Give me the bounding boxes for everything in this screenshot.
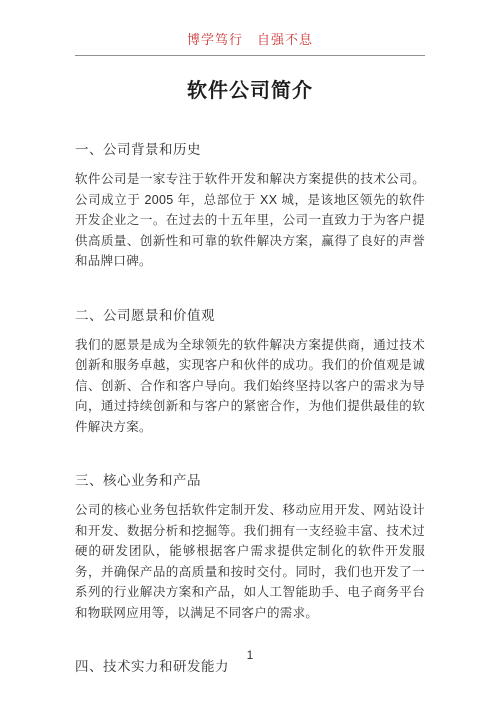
- header-motto: 博学笃行 自强不息: [75, 31, 425, 49]
- page-number: 1: [0, 648, 500, 662]
- section-company-background: 一、公司背景和历史 软件公司是一家专注于软件开发和解决方案提供的技术公司。公司成…: [75, 140, 425, 272]
- section-paragraph: 软件公司是一家专注于软件开发和解决方案提供的技术公司。公司成立于 2005 年，…: [75, 169, 425, 272]
- section-paragraph: 我们的愿景是成为全球领先的软件解决方案提供商，通过技术创新和服务卓越，实现客户和…: [75, 335, 425, 438]
- section-heading: 三、核心业务和产品: [75, 471, 425, 490]
- document-page: 博学笃行 自强不息 软件公司简介 一、公司背景和历史 软件公司是一家专注于软件开…: [0, 0, 500, 707]
- section-paragraph: 公司的核心业务包括软件定制开发、移动应用开发、网站设计和开发、数据分析和挖掘等。…: [75, 500, 425, 623]
- section-heading: 一、公司背景和历史: [75, 140, 425, 159]
- section-core-business: 三、核心业务和产品 公司的核心业务包括软件定制开发、移动应用开发、网站设计和开发…: [75, 471, 425, 623]
- section-vision-values: 二、公司愿景和价值观 我们的愿景是成为全球领先的软件解决方案提供商，通过技术创新…: [75, 306, 425, 438]
- page-title: 软件公司简介: [75, 76, 425, 106]
- section-heading: 二、公司愿景和价值观: [75, 306, 425, 325]
- header-divider: [75, 55, 425, 56]
